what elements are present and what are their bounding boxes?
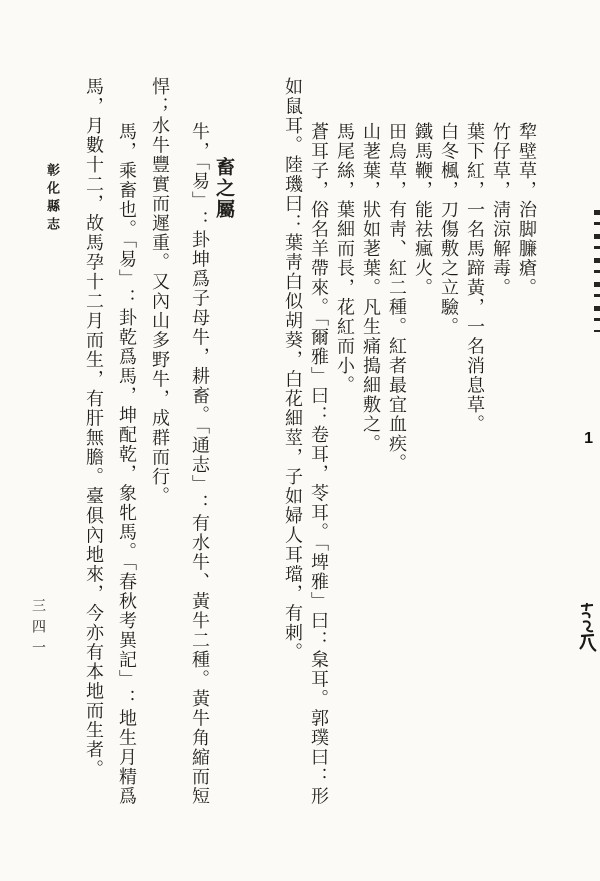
text-column: 犂壁草，治脚臁瘡。 xyxy=(516,77,536,822)
book-spine-title: 彰化縣志 xyxy=(42,163,61,235)
main-text-block: 犂壁草，治脚臁瘡。 竹仔草，淸涼解毒。 葉下紅，一名馬蹄黃，一名消息草。 白冬楓… xyxy=(70,77,536,822)
text-column: 如鼠耳。陸璣曰：葉靑白似胡葵，白花細莖，子如婦人耳璫，有刺。 xyxy=(282,77,302,822)
text-column: 馬，乘畜也。「易」：卦乾爲馬，坤配乾，象牝馬。「春秋考異記」：地生月精爲 xyxy=(116,77,136,822)
text-column: 竹仔草，淸涼解毒。 xyxy=(490,77,510,822)
text-column: 鐵馬鞭，能祛瘋火。 xyxy=(412,77,432,822)
edge-bleed-marks xyxy=(594,210,600,332)
page-number: 三四一 xyxy=(28,598,48,661)
handwritten-annotation xyxy=(577,602,599,658)
margin-page-digit: 1 xyxy=(584,430,593,448)
text-column: 悍；水牛豐實而遲重。又內山多野牛，成群而行。 xyxy=(149,77,169,822)
text-column: 白冬楓，刀傷敷之立驗。 xyxy=(438,77,458,822)
text-column: 田烏草，有靑、紅二種。紅者最宜血疾。 xyxy=(386,77,406,822)
text-column: 山荖葉，狀如荖葉。凡生痛搗細敷之。 xyxy=(360,77,380,822)
text-column: 葉下紅，一名馬蹄黃，一名消息草。 xyxy=(464,77,484,822)
text-column: 蒼耳子，俗名羊帶來。「爾雅」曰：卷耳，苓耳。「埤雅」曰：枲耳。郭璞曰：形 xyxy=(308,77,328,822)
scanned-book-page: 犂壁草，治脚臁瘡。 竹仔草，淸涼解毒。 葉下紅，一名馬蹄黃，一名消息草。 白冬楓… xyxy=(0,0,600,881)
text-column: 牛，「易」：卦坤爲子母牛，耕畜。「通志」：有水牛、黃牛二種。黃牛角縮而短 xyxy=(189,77,209,822)
text-column: 馬，月數十二，故馬孕十二月而生，有肝無膽。臺俱內地來，今亦有本地而生者。 xyxy=(83,77,103,822)
section-heading: 畜之屬 xyxy=(214,77,234,822)
text-column: 馬尾絲，葉細而長，花紅而小。 xyxy=(334,77,354,822)
